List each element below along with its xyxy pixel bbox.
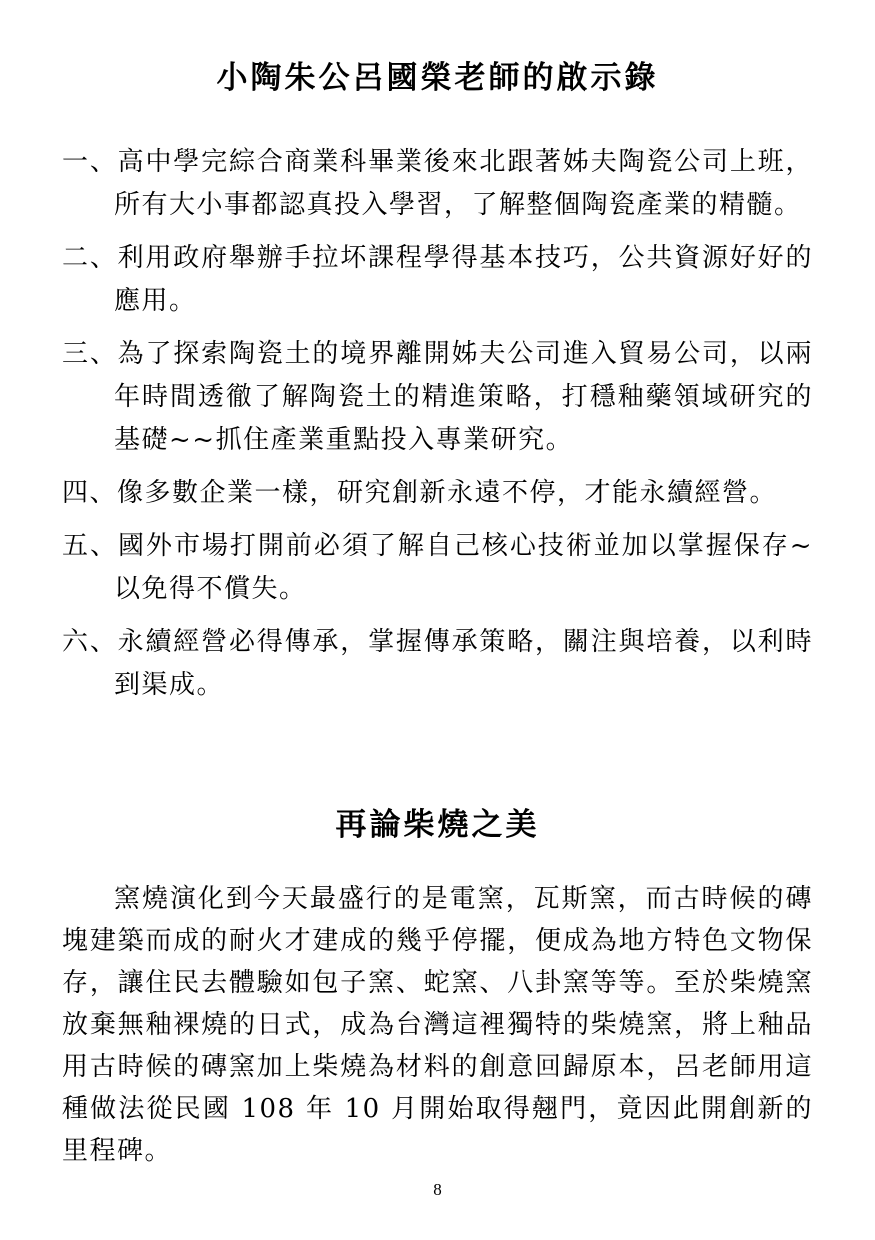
- list-item-text: 永續經營必得傳承，掌握傳承策略，關注與培養，以利時到渠成。: [114, 627, 813, 700]
- list-item: 四、像多數企業一樣，研究創新永遠不停，才能永續經營。: [62, 472, 813, 515]
- numbered-list: 一、高中學完綜合商業科畢業後來北跟著姊夫陶瓷公司上班，所有大小事都認真投入學習，…: [62, 141, 813, 707]
- page-content: 小陶朱公呂國榮老師的啟示錄 一、高中學完綜合商業科畢業後來北跟著姊夫陶瓷公司上班…: [0, 0, 875, 1172]
- list-item: 三、為了探索陶瓷土的境界離開姊夫公司進入貿易公司，以兩年時間透徹了解陶瓷土的精進…: [62, 333, 813, 462]
- list-item: 五、國外市場打開前必須了解自己核心技術並加以掌握保存~以免得不償失。: [62, 525, 813, 611]
- list-item-marker: 三、: [62, 339, 118, 369]
- list-item: 六、永續經營必得傳承，掌握傳承策略，關注與培養，以利時到渠成。: [62, 621, 813, 707]
- document-page: 小陶朱公呂國榮老師的啟示錄 一、高中學完綜合商業科畢業後來北跟著姊夫陶瓷公司上班…: [0, 0, 875, 1240]
- list-item-marker: 一、: [62, 147, 118, 177]
- list-item: 二、利用政府舉辦手拉坏課程學得基本技巧，公共資源好好的應用。: [62, 237, 813, 323]
- list-item-text: 為了探索陶瓷土的境界離開姊夫公司進入貿易公司，以兩年時間透徹了解陶瓷土的精進策略…: [114, 339, 813, 455]
- list-item-marker: 五、: [62, 531, 118, 561]
- list-item: 一、高中學完綜合商業科畢業後來北跟著姊夫陶瓷公司上班，所有大小事都認真投入學習，…: [62, 141, 813, 227]
- list-item-text: 利用政府舉辦手拉坏課程學得基本技巧，公共資源好好的應用。: [114, 243, 813, 316]
- list-item-marker: 二、: [62, 243, 118, 273]
- page-number: 8: [0, 1180, 875, 1200]
- body-paragraph: 窯燒演化到今天最盛行的是電窯，瓦斯窯，而古時候的磚塊建築而成的耐火才建成的幾乎停…: [62, 878, 813, 1172]
- page-title: 小陶朱公呂國榮老師的啟示錄: [62, 56, 813, 101]
- list-item-text: 國外市場打開前必須了解自己核心技術並加以掌握保存~以免得不償失。: [114, 531, 813, 604]
- list-item-marker: 四、: [62, 478, 117, 508]
- list-item-marker: 六、: [62, 627, 118, 657]
- section-title: 再論柴燒之美: [62, 803, 813, 848]
- list-item-text: 高中學完綜合商業科畢業後來北跟著姊夫陶瓷公司上班，所有大小事都認真投入學習，了解…: [114, 147, 813, 220]
- list-item-text: 像多數企業一樣，研究創新永遠不停，才能永續經營。: [117, 478, 777, 508]
